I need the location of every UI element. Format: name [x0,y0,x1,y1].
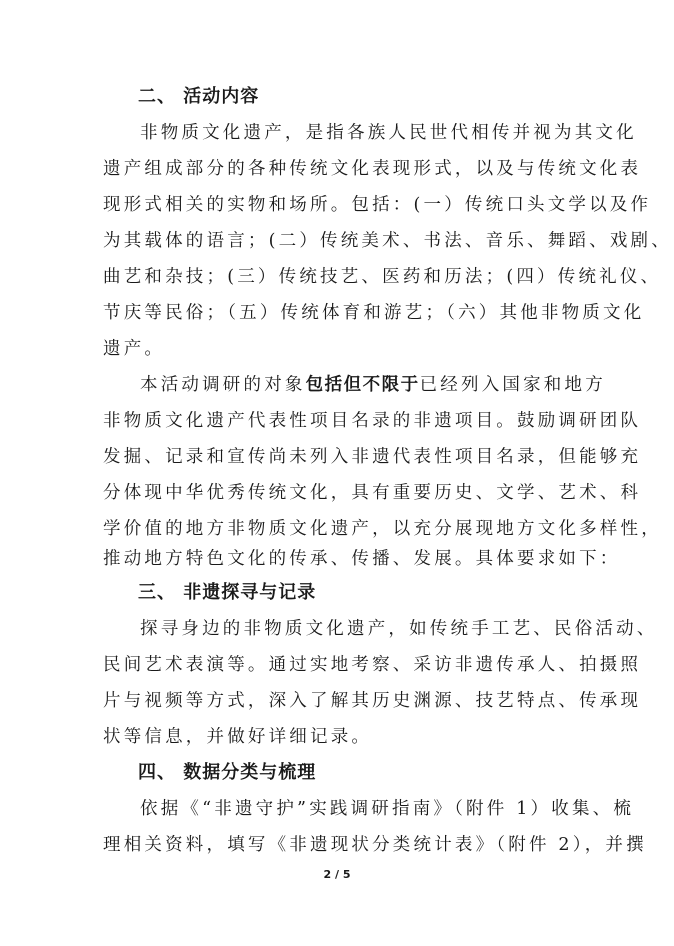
paragraph-line: 遗产组成部分的各种传统文化表现形式，以及与传统文化表 [103,158,573,180]
paragraph-line: 曲艺和杂技；(三）传统技艺、医药和历法；(四）传统礼仪、 [103,266,573,288]
paragraph-line: 理相关资料，填写《非遗现状分类统计表》（附件 2），并撰 [103,834,573,856]
paragraph-line-with-emphasis: 本活动调研的对象包括但不限于已经列入国家和地方 [140,374,573,396]
page-number: 2 / 5 [0,868,674,881]
paragraph-line: 依据《“非遗守护”实践调研指南》（附件 1）收集、梳 [140,798,573,820]
paragraph-line: 状等信息，并做好详细记录。 [103,726,573,748]
emphasis-text: 包括但不限于 [306,375,420,395]
text-span: 已经列入国家和地方 [420,375,606,395]
paragraph-line: 分体现中华优秀传统文化，具有重要历史、文学、艺术、科 [103,482,573,504]
paragraph-line: 民间艺术表演等。通过实地考察、采访非遗传承人、拍摄照 [103,654,573,676]
paragraph-line: 现形式相关的实物和场所。包括：(一）传统口头文学以及作 [103,194,573,216]
section-heading-data-classification: 四、 数据分类与梳理 [138,762,316,784]
paragraph-line: 片与视频等方式，深入了解其历史渊源、技艺特点、传承现 [103,690,573,712]
paragraph-line: 学价值的地方非物质文化遗产，以充分展现地方文化多样性， [103,518,573,540]
paragraph-line: 非物质文化遗产，是指各族人民世代相传并视为其文化 [140,122,573,144]
paragraph-line: 推动地方特色文化的传承、传播、发展。具体要求如下： [103,548,573,570]
paragraph-line: 为其载体的语言；(二）传统美术、书法、音乐、舞蹈、戏剧、 [103,230,573,252]
paragraph-line: 发掘、记录和宣传尚未列入非遗代表性项目名录，但能够充 [103,446,573,468]
paragraph-line: 遗产。 [103,338,573,360]
paragraph-line: 节庆等民俗；（五）传统体育和游艺；（六）其他非物质文化 [103,302,573,324]
paragraph-line: 非物质文化遗产代表性项目名录的非遗项目。鼓励调研团队 [103,410,573,432]
section-heading-activity-content: 二、 活动内容 [138,86,259,108]
text-span: 本活动调研的对象 [140,375,306,395]
section-heading-heritage-exploration: 三、 非遗探寻与记录 [138,582,316,604]
document-page: 二、 活动内容 非物质文化遗产，是指各族人民世代相传并视为其文化 遗产组成部分的… [0,0,674,946]
paragraph-line: 探寻身边的非物质文化遗产，如传统手工艺、民俗活动、 [140,618,573,640]
